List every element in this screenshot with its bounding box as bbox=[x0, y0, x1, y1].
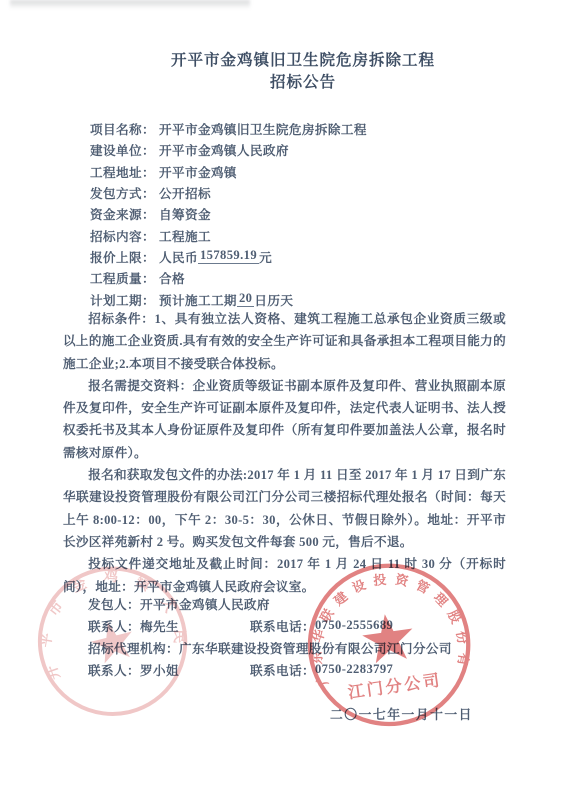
field-value: 开平市金鸡镇人民政府 bbox=[159, 140, 289, 159]
agency-value: 广东华联建设投资管理股份有限公司江门分公司 bbox=[179, 638, 452, 657]
phone2-label: 联系电话： bbox=[250, 660, 315, 679]
field-tender-content: 招标内容： 工程施工 bbox=[90, 224, 530, 245]
field-location: 工程地址： 开平市金鸡镇 bbox=[90, 161, 530, 182]
title-line-1: 开平市金鸡镇旧卫生院危房拆除工程 bbox=[40, 50, 566, 72]
field-value: 合格 bbox=[159, 268, 185, 287]
field-value-suffix: 元 bbox=[259, 247, 272, 266]
field-label: 招标内容： bbox=[90, 226, 155, 245]
paragraph-tender-conditions: 招标条件：1、具有独立法人资格、建筑工程施工总承包企业资质三级或以上的施工企业资… bbox=[63, 308, 506, 375]
field-value-underlined: 20 bbox=[237, 291, 254, 307]
field-quality: 工程质量： 合格 bbox=[90, 267, 530, 288]
contact-block: 发包人： 开平市金鸡镇人民政府 联系人： 梅先生 联系电话： 0750-2555… bbox=[88, 592, 528, 681]
field-label: 建设单位： bbox=[90, 140, 155, 159]
field-label: 项目名称： bbox=[90, 119, 155, 138]
contact2-row: 联系人： 罗小姐 联系电话： 0750-2283797 bbox=[88, 659, 528, 681]
issuer-label: 发包人： bbox=[88, 594, 140, 613]
contact1-value: 梅先生 bbox=[140, 616, 179, 635]
field-value-suffix: 日历天 bbox=[254, 290, 293, 309]
field-value-prefix: 人民币 bbox=[159, 247, 198, 266]
field-label: 资金来源： bbox=[90, 204, 155, 223]
contact2-label: 联系人： bbox=[88, 660, 140, 679]
field-owner: 建设单位： 开平市金鸡镇人民政府 bbox=[90, 139, 530, 160]
issuer-value: 开平市金鸡镇人民政府 bbox=[140, 594, 270, 613]
field-project-name: 项目名称： 开平市金鸡镇旧卫生院危房拆除工程 bbox=[90, 118, 530, 139]
phone2-value: 0750-2283797 bbox=[315, 662, 393, 677]
field-label: 工程地址： bbox=[90, 162, 155, 181]
contact1-label: 联系人： bbox=[88, 616, 140, 635]
document-page: 开平市金鸡镇旧卫生院危房拆除工程 招标公告 项目名称： 开平市金鸡镇旧卫生院危房… bbox=[0, 0, 566, 800]
field-value-underlined: 157859.19 bbox=[198, 248, 259, 264]
field-value-prefix: 预计施工工期 bbox=[159, 290, 237, 309]
field-label: 计划工期： bbox=[90, 290, 155, 309]
phone1-label: 联系电话： bbox=[250, 616, 315, 635]
field-contract-method: 发包方式： 公开招标 bbox=[90, 182, 530, 203]
field-fund-source: 资金来源： 自筹资金 bbox=[90, 203, 530, 224]
document-date: 二〇一七年一月十一日 bbox=[330, 704, 473, 723]
body-paragraphs: 招标条件：1、具有独立法人资格、建筑工程施工总承包企业资质三级或以上的施工企业资… bbox=[63, 308, 506, 598]
field-list: 项目名称： 开平市金鸡镇旧卫生院危房拆除工程 建设单位： 开平市金鸡镇人民政府 … bbox=[90, 118, 530, 310]
paragraph-registration-method: 报名和获取发包文件的办法:2017 年 1 月 11 日至 2017 年 1 月… bbox=[63, 464, 506, 553]
phone2: 联系电话： 0750-2283797 bbox=[250, 659, 393, 681]
field-price-cap: 报价上限： 人民币 157859.19 元 bbox=[90, 246, 530, 267]
field-value: 自筹资金 bbox=[159, 204, 211, 223]
field-label: 发包方式： bbox=[90, 183, 155, 202]
phone1-value: 0750-2555689 bbox=[315, 618, 393, 633]
field-label: 报价上限： bbox=[90, 247, 155, 266]
contact1-row: 联系人： 梅先生 联系电话： 0750-2555689 bbox=[88, 614, 528, 636]
contact2-value: 罗小姐 bbox=[140, 660, 179, 679]
phone1: 联系电话： 0750-2555689 bbox=[250, 614, 393, 636]
agency-label: 招标代理机构： bbox=[88, 638, 179, 657]
field-value: 工程施工 bbox=[159, 226, 211, 245]
field-value: 公开招标 bbox=[159, 183, 211, 202]
field-label: 工程质量： bbox=[90, 268, 155, 287]
document-title: 开平市金鸡镇旧卫生院危房拆除工程 招标公告 bbox=[40, 50, 566, 94]
field-value: 开平市金鸡镇 bbox=[159, 162, 237, 181]
field-schedule: 计划工期： 预计施工工期 20 日历天 bbox=[90, 288, 530, 309]
issuer-row: 发包人： 开平市金鸡镇人民政府 bbox=[88, 592, 528, 614]
title-line-2: 招标公告 bbox=[40, 72, 566, 94]
paragraph-required-documents: 报名需提交资料：企业资质等级证书副本原件及复印件、营业执照副本原件及复印件，安全… bbox=[63, 375, 506, 464]
scan-artifact bbox=[10, 0, 250, 9]
agency-row: 招标代理机构： 广东华联建设投资管理股份有限公司江门分公司 bbox=[88, 636, 528, 658]
field-value: 开平市金鸡镇旧卫生院危房拆除工程 bbox=[159, 119, 367, 138]
